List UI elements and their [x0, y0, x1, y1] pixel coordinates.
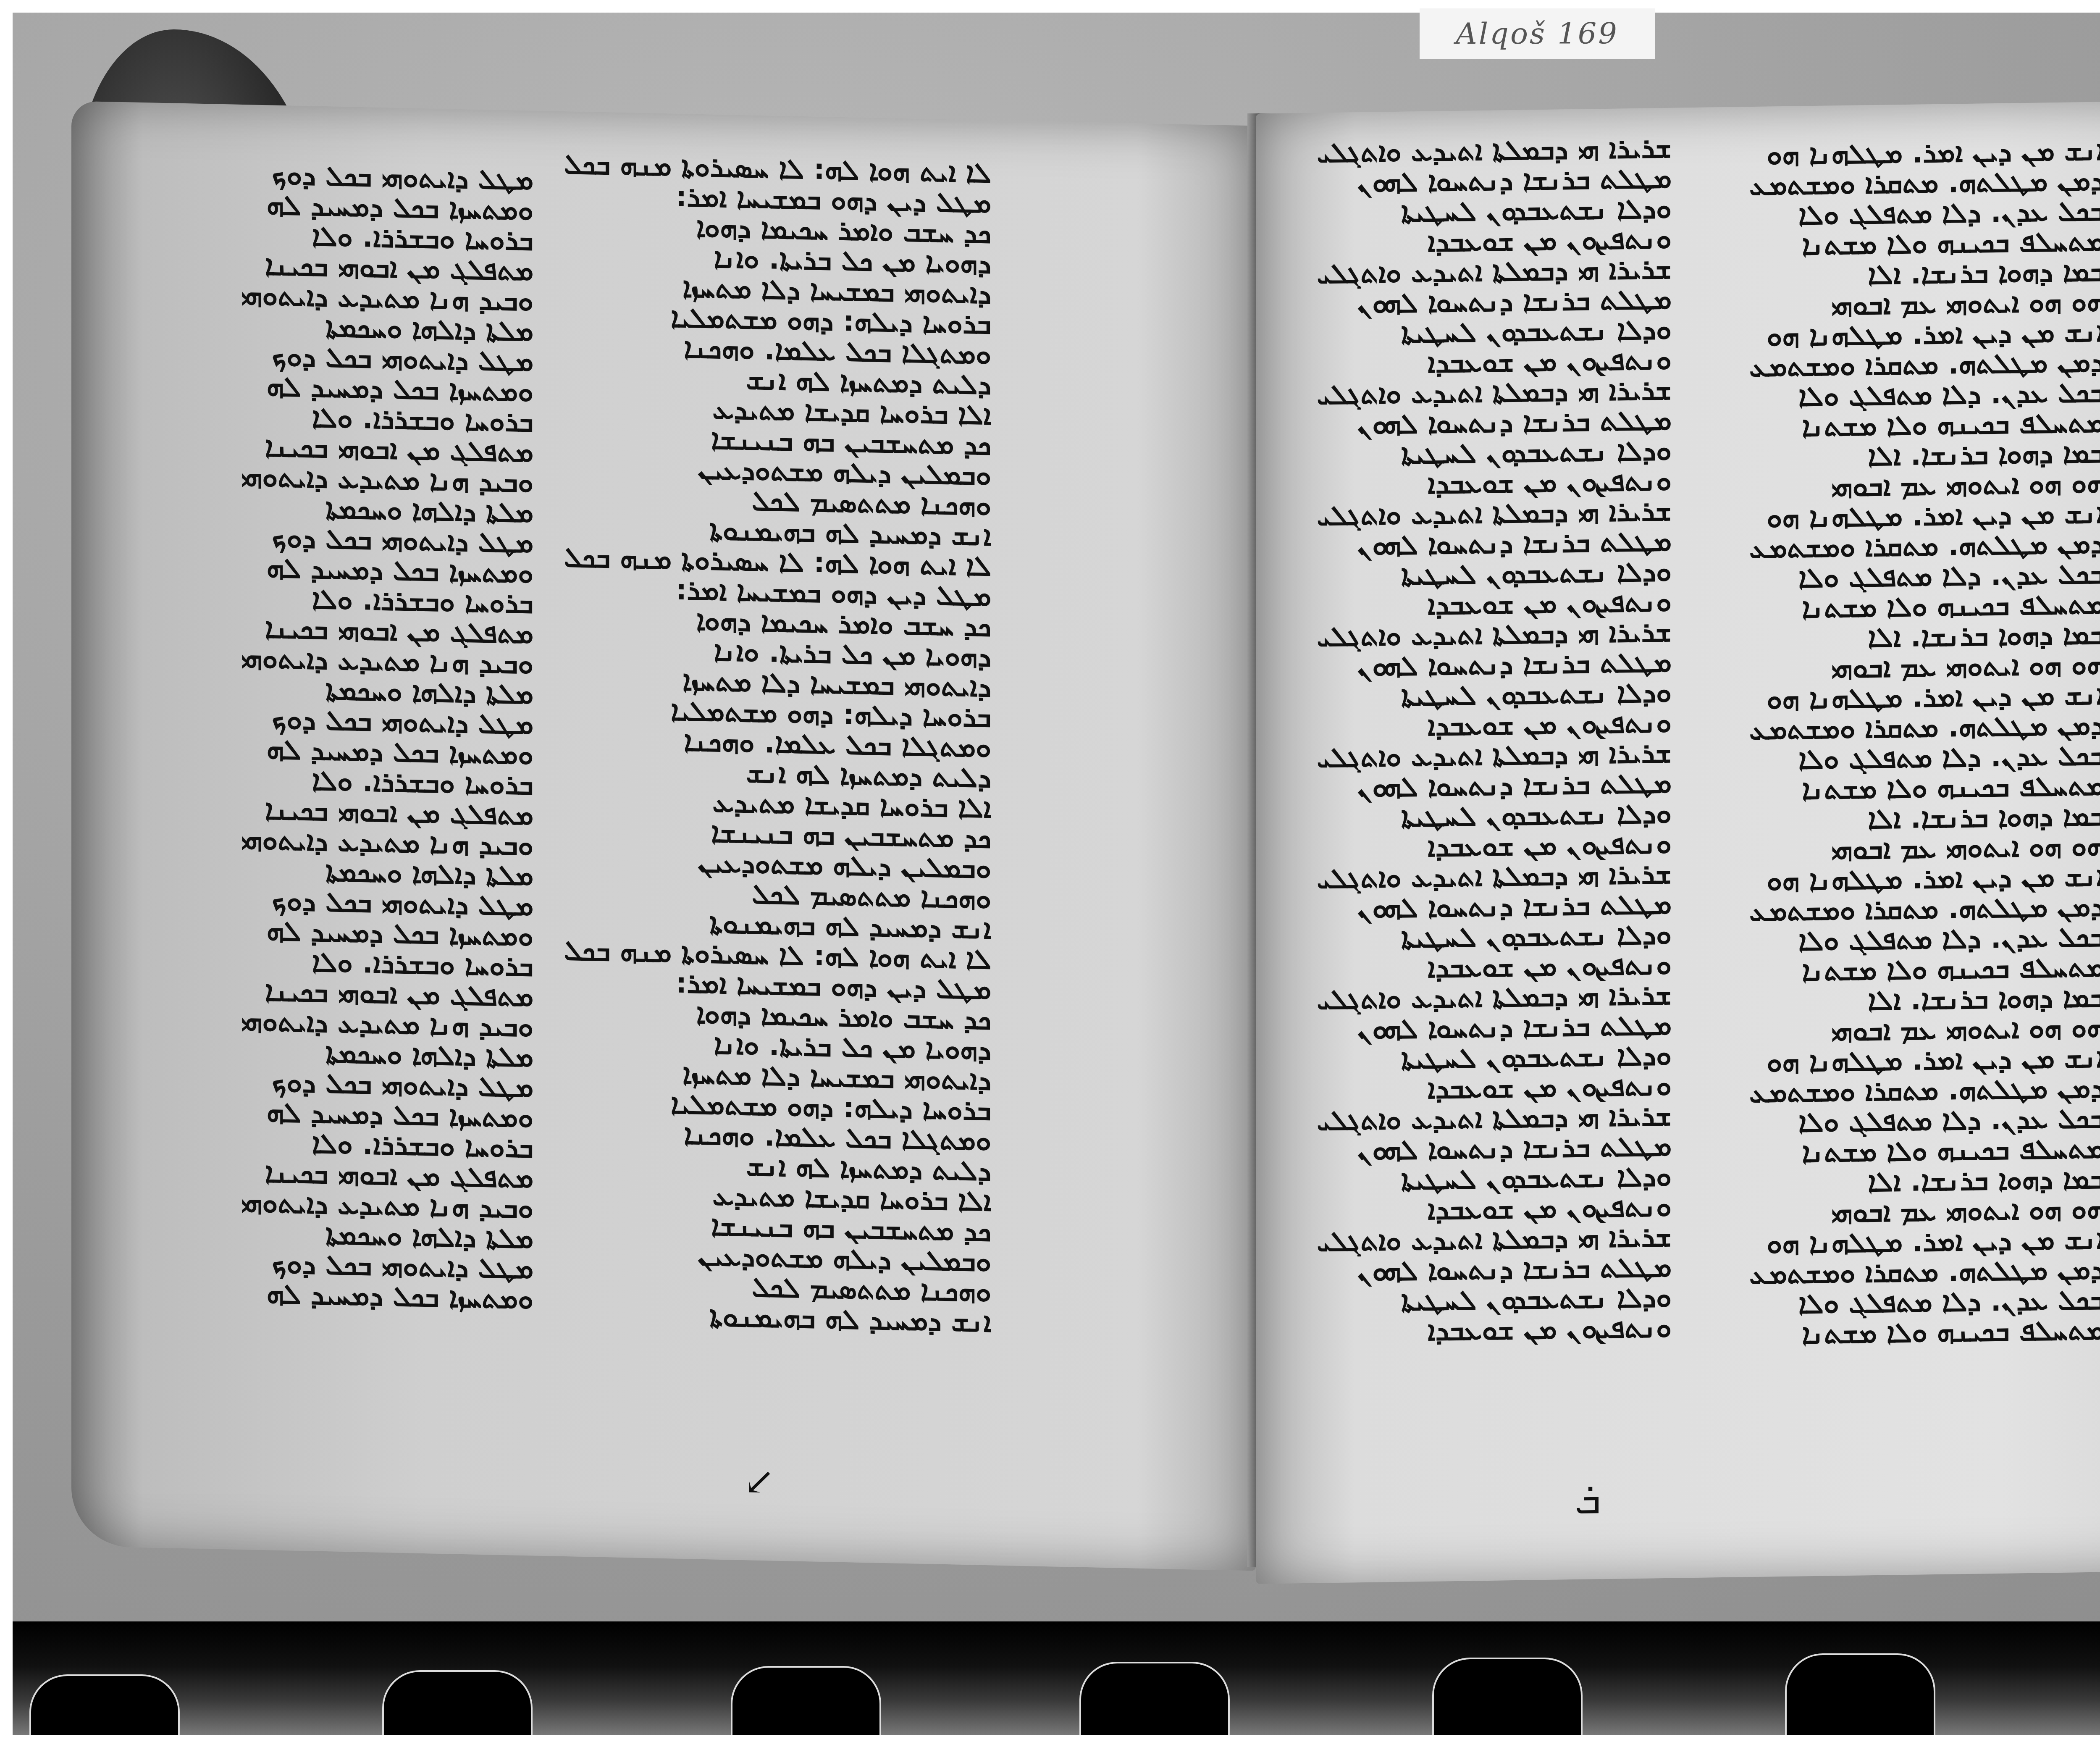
right-page-column-1: ܐܢܫ ܡܢ ܕܝܢ ܐܡܪ. ܡܛܠܗܢܐ ܗܘ ܕܡܢ ܡܛܠܬܗ. ܡܬܩ…: [1688, 135, 2100, 1351]
text-line: ܫܪܝܪܐ ܗܝ ܕܒܡܠܬܐ ܐܬܝܕܥ ܘܐܬܓܠܝ: [1281, 496, 1672, 532]
text-line: ܐܢܫ ܡܢ ܕܝܢ ܐܡܪ. ܡܛܠܗܢܐ ܗܘ: [1688, 498, 2100, 534]
text-line: ܒܡܐ ܕܗܘܐ ܒܪܢܫܐ. ܐܠܐ: [1688, 801, 2100, 837]
text-line: ܒܟܠ ܥܕܢ. ܕܠܐ ܡܬܦܠܓ ܘܠܐ: [1688, 559, 2100, 595]
quire-signature-mark: ܒ̇: [1575, 1478, 1601, 1523]
text-line: ܒܡܐ ܕܗܘܐ ܒܪܢܫܐ. ܐܠܐ: [1688, 982, 2100, 1018]
text-line: ܡܛܠܬ ܒܪܢܫܐ ܕܢܬܚܘܐ ܠܗܘܢ: [1281, 526, 1672, 562]
film-strip: [13, 1621, 2100, 1735]
text-line: ܫܪܝܪܐ ܗܝ ܕܒܡܠܬܐ ܐܬܝܕܥ ܘܐܬܓܠܝ: [1281, 859, 1672, 895]
text-line: ܒܡܐ ܕܗܘܐ ܒܪܢܫܐ. ܐܠܐ: [1688, 619, 2100, 655]
text-line: ܕܡܢ ܡܛܠܬܗ. ܡܬܩܪܐ ܘܡܫܬܡܥ: [1688, 166, 2100, 202]
text-line: ܫܪܝܪܐ ܗܝ ܕܒܡܠܬܐ ܐܬܝܕܥ ܘܐܬܓܠܝ: [1281, 980, 1672, 1016]
text-line: ܫܪܝܪܐ ܗܝ ܕܒܡܠܬܐ ܐܬܝܕܥ ܘܐܬܓܠܝ: [1281, 254, 1672, 290]
text-line: ܘܢܬܦܨܘܢ ܡܢ ܫܘܥܒܕܐ: [1281, 466, 1672, 502]
text-line: ܕܡܢ ܡܛܠܬܗ. ܡܬܩܪܐ ܘܡܫܬܡܥ: [1688, 891, 2100, 927]
text-line: ܡܛܠܬ ܒܪܢܫܐ ܕܢܬܚܘܐ ܠܗܘܢ: [1281, 889, 1672, 925]
sprocket-hole: [382, 1670, 533, 1735]
left-page: ܠܐ ܐܝܬ ܗܘܐ ܠܗ: ܠܐ ܚܣܝܪܘܬܐ ܡܢܗ ܒܟܠ ܡܛܠ ܕܝ…: [71, 101, 1256, 1571]
text-line: ܘܢܬܦܨܘܢ ܡܢ ܫܘܥܒܕܐ: [1281, 345, 1672, 381]
text-line: ܡܛܠܬ ܒܪܢܫܐ ܕܢܬܚܘܐ ܠܗܘܢ: [1281, 768, 1672, 804]
text-line: ܘܕܠܐ ܢܫܬܥܒܕܘܢ ܠܚܛܝܬܐ: [1281, 678, 1672, 713]
text-line: ܡܛܠܬ ܒܪܢܫܐ ܕܢܬܚܘܐ ܠܗܘܢ: [1281, 163, 1672, 199]
text-line: ܘܕܠܐ ܢܫܬܥܒܕܘܢ ܠܚܛܝܬܐ: [1281, 194, 1672, 229]
text-line: ܡܛܠܬ ܒܪܢܫܐ ܕܢܬܚܘܐ ܠܗܘܢ: [1281, 1131, 1672, 1167]
text-line: ܡܬܚܠܦ ܒܟܝܢܗ ܘܠܐ ܡܫܬܢܐ: [1688, 1133, 2100, 1169]
text-line: ܐܢܫ ܡܢ ܕܝܢ ܐܡܪ. ܡܛܠܗܢܐ ܗܘ: [1688, 861, 2100, 897]
sprocket-hole: [29, 1674, 180, 1735]
text-line: ܘܕܠܐ ܢܫܬܥܒܕܘܢ ܠܚܛܝܬܐ: [1281, 799, 1672, 834]
text-line: ܡܬܚܠܦ ܒܟܝܢܗ ܘܠܐ ܡܫܬܢܐ: [1688, 226, 2100, 262]
text-line: ܘܢܬܦܨܘܢ ܡܢ ܫܘܥܒܕܐ: [1281, 1071, 1672, 1106]
text-line: ܡܬܚܠܦ ܒܟܝܢܗ ܘܠܐ ܡܫܬܢܐ: [1688, 1315, 2100, 1351]
text-line: ܕܡܢ ܡܛܠܬܗ. ܡܬܩܪܐ ܘܡܫܬܡܥ: [1688, 528, 2100, 565]
text-line: ܘܢܬܦܨܘܢ ܡܢ ܫܘܥܒܕܐ: [1281, 224, 1672, 260]
text-line: ܘܢܬܦܨܘܢ ܡܢ ܫܘܥܒܕܐ: [1281, 950, 1672, 985]
text-line: ܗܘ ܗܘ ܐܝܬܘܗܝ ܥܡ ܐܒܘܗܝ: [1688, 649, 2100, 686]
text-line: ܫܪܝܪܐ ܗܝ ܕܒܡܠܬܐ ܐܬܝܕܥ ܘܐܬܓܠܝ: [1281, 375, 1672, 411]
sprocket-hole: [1432, 1658, 1583, 1735]
text-line: ܕܡܢ ܡܛܠܬܗ. ܡܬܩܪܐ ܘܡܫܬܡܥ: [1688, 1254, 2100, 1290]
text-line: ܘܕܠܐ ܢܫܬܥܒܕܘܢ ܠܚܛܝܬܐ: [1281, 436, 1672, 471]
text-line: ܫܪܝܪܐ ܗܝ ܕܒܡܠܬܐ ܐܬܝܕܥ ܘܐܬܓܠܝ: [1281, 133, 1672, 169]
text-line: ܡܛܠܬ ܒܪܢܫܐ ܕܢܬܚܘܐ ܠܗܘܢ: [1281, 405, 1672, 441]
text-line: ܡܛܠܬ ܒܪܢܫܐ ܕܢܬܚܘܐ ܠܗܘܢ: [1281, 1252, 1672, 1288]
text-line: ܫܪܝܪܐ ܗܝ ܕܒܡܠܬܐ ܐܬܝܕܥ ܘܐܬܓܠܝ: [1281, 1101, 1672, 1137]
right-page-column-2: ܫܪܝܪܐ ܗܝ ܕܒܡܠܬܐ ܐܬܝܕܥ ܘܐܬܓܠܝ ܡܛܠܬ ܒܪܢܫܐ …: [1281, 133, 1672, 1348]
left-page-column-1: ܠܐ ܐܝܬ ܗܘܐ ܠܗ: ܠܐ ܚܣܝܪܘܬܐ ܡܢܗ ܒܟܠ ܡܛܠ ܕܝ…: [550, 149, 991, 1337]
text-line: ܒܡܐ ܕܗܘܐ ܒܪܢܫܐ. ܐܠܐ: [1688, 256, 2100, 292]
text-line: ܒܟܠ ܥܕܢ. ܕܠܐ ܡܬܦܠܓ ܘܠܐ: [1688, 377, 2100, 413]
text-line: ܫܪܝܪܐ ܗܝ ܕܒܡܠܬܐ ܐܬܝܕܥ ܘܐܬܓܠܝ: [1281, 738, 1672, 774]
text-line: ܘܕܠܐ ܢܫܬܥܒܕܘܢ ܠܚܛܝܬܐ: [1281, 1040, 1672, 1076]
text-line: ܡܛܠܬ ܒܪܢܫܐ ܕܢܬܚܘܐ ܠܗܘܢ: [1281, 647, 1672, 683]
text-line: ܘܢܬܦܨܘܢ ܡܢ ܫܘܥܒܕܐ: [1281, 1313, 1672, 1348]
text-line: ܡܬܚܠܦ ܒܟܝܢܗ ܘܠܐ ܡܫܬܢܐ: [1688, 952, 2100, 988]
text-line: ܘܢܬܦܨܘܢ ܡܢ ܫܘܥܒܕܐ: [1281, 829, 1672, 864]
text-line: ܘܢܬܦܨܘܢ ܡܢ ܫܘܥܒܕܐ: [1281, 708, 1672, 744]
sprocket-hole: [1079, 1662, 1230, 1735]
text-line: ܘܕܠܐ ܢܫܬܥܒܕܘܢ ܠܚܛܝܬܐ: [1281, 920, 1672, 955]
text-line: ܗܘ ܗܘ ܐܝܬܘܗܝ ܥܡ ܐܒܘܗܝ: [1688, 286, 2100, 323]
shelfmark-label: Alqoš 169: [1420, 8, 1655, 59]
text-line: ܡܬܚܠܦ ܒܟܝܢܗ ܘܠܐ ܡܫܬܢܐ: [1688, 589, 2100, 625]
text-line: ܐܢܫ ܡܢ ܕܝܢ ܐܡܪ. ܡܛܠܗܢܐ ܗܘ: [1688, 1224, 2100, 1260]
text-line: ܗܘ ܗܘ ܐܝܬܘܗܝ ܥܡ ܐܒܘܗܝ: [1688, 1012, 2100, 1048]
left-page-column-2: ܡܛܠ ܕܐܝܬܘܗܝ ܒܟܠ ܕܘܟ ܘܡܬܚܙܐ ܒܟܠ ܕܡܚܝܕ ܠܗ …: [101, 156, 533, 1315]
text-line: ܘܢܬܦܨܘܢ ܡܢ ܫܘܥܒܕܐ: [1281, 587, 1672, 623]
text-line: ܐܢܫ ܡܢ ܕܝܢ ܐܡܪ. ܡܛܠܗܢܐ ܗܘ: [1688, 1043, 2100, 1079]
sprocket-hole: [731, 1666, 881, 1735]
sprocket-hole: [1785, 1653, 1935, 1735]
text-line: ܘܢܬܦܨܘܢ ܡܢ ܫܘܥܒܕܐ: [1281, 1192, 1672, 1227]
text-line: ܒܟܠ ܥܕܢ. ܕܠܐ ܡܬܦܠܓ ܘܠܐ: [1688, 740, 2100, 776]
text-line: ܫܪܝܪܐ ܗܝ ܕܒܡܠܬܐ ܐܬܝܕܥ ܘܐܬܓܠܝ: [1281, 1222, 1672, 1258]
text-line: ܘܕܠܐ ܢܫܬܥܒܕܘܢ ܠܚܛܝܬܐ: [1281, 1161, 1672, 1197]
text-line: ܒܡܐ ܕܗܘܐ ܒܪܢܫܐ. ܐܠܐ: [1688, 438, 2100, 474]
text-line: ܗܘ ܗܘ ܐܝܬܘܗܝ ܥܡ ܐܒܘܗܝ: [1688, 831, 2100, 867]
text-line: ܕܡܢ ܡܛܠܬܗ. ܡܬܩܪܐ ܘܡܫܬܡܥ: [1688, 1073, 2100, 1109]
text-line: ܒܟܠ ܥܕܢ. ܕܠܐ ܡܬܦܠܓ ܘܠܐ: [1688, 1285, 2100, 1321]
text-line: ܗܘ ܗܘ ܐܝܬܘܗܝ ܥܡ ܐܒܘܗܝ: [1688, 468, 2100, 504]
text-line: ܒܟܠ ܥܕܢ. ܕܠܐ ܡܬܦܠܓ ܘܠܐ: [1688, 922, 2100, 958]
text-line: ܡܬܚܠܦ ܒܟܝܢܗ ܘܠܐ ܡܫܬܢܐ: [1688, 770, 2100, 807]
text-line: ܘܕܠܐ ܢܫܬܥܒܕܘܢ ܠܚܛܝܬܐ: [1281, 557, 1672, 592]
open-book: ܠܐ ܐܝܬ ܗܘܐ ܠܗ: ܠܐ ܚܣܝܪܘܬܐ ܡܢܗ ܒܟܠ ܡܛܠ ܕܝ…: [63, 88, 2100, 1621]
text-line: ܐܢܫ ܡܢ ܕܝܢ ܐܡܪ. ܡܛܠܗܢܐ ܗܘ: [1688, 135, 2100, 171]
text-line: ܒܟܠ ܥܕܢ. ܕܠܐ ܡܬܦܠܓ ܘܠܐ: [1688, 1103, 2100, 1139]
text-line: ܒܟܠ ܥܕܢ. ܕܠܐ ܡܬܦܠܓ ܘܠܐ: [1688, 196, 2100, 232]
manuscript-photograph: ܠܐ ܐܝܬ ܗܘܐ ܠܗ: ܠܐ ܚܣܝܪܘܬܐ ܡܢܗ ܒܟܠ ܡܛܠ ܕܝ…: [13, 13, 2100, 1621]
left-page-footer-mark: ↙: [743, 1459, 775, 1504]
text-line: ܘܕܠܐ ܢܫܬܥܒܕܘܢ ܠܚܛܝܬܐ: [1281, 1282, 1672, 1318]
text-line: ܫܪܝܪܐ ܗܝ ܕܒܡܠܬܐ ܐܬܝܕܥ ܘܐܬܓܠܝ: [1281, 617, 1672, 653]
text-line: ܒܡܐ ܕܗܘܐ ܒܪܢܫܐ. ܐܠܐ: [1688, 1164, 2100, 1200]
text-line: ܗܘ ܗܘ ܐܝܬܘܗܝ ܥܡ ܐܒܘܗܝ: [1688, 1194, 2100, 1230]
text-line: ܡܬܚܠܦ ܒܟܝܢܗ ܘܠܐ ܡܫܬܢܐ: [1688, 407, 2100, 444]
text-line: ܕܡܢ ܡܛܠܬܗ. ܡܬܩܪܐ ܘܡܫܬܡܥ: [1688, 347, 2100, 383]
text-line: ܡܛܠܬ ܒܪܢܫܐ ܕܢܬܚܘܐ ܠܗܘܢ: [1281, 284, 1672, 320]
text-line: ܐܢܫ ܡܢ ܕܝܢ ܐܡܪ. ܡܛܠܗܢܐ ܗܘ: [1688, 317, 2100, 353]
text-line: ܐܢܫ ܡܢ ܕܝܢ ܐܡܪ. ܡܛܠܗܢܐ ܗܘ: [1688, 680, 2100, 716]
text-line: ܕܡܢ ܡܛܠܬܗ. ܡܬܩܪܐ ܘܡܫܬܡܥ: [1688, 710, 2100, 746]
text-line: ܡܛܠܬ ܒܪܢܫܐ ܕܢܬܚܘܐ ܠܗܘܢ: [1281, 1010, 1672, 1046]
text-line: ܘܕܠܐ ܢܫܬܥܒܕܘܢ ܠܚܛܝܬܐ: [1281, 315, 1672, 350]
right-page: ܐܢܫ ܡܢ ܕܝܢ ܐܡܪ. ܡܛܠܗܢܐ ܗܘ ܕܡܢ ܡܛܠܬܗ. ܡܬܩ…: [1256, 96, 2100, 1584]
